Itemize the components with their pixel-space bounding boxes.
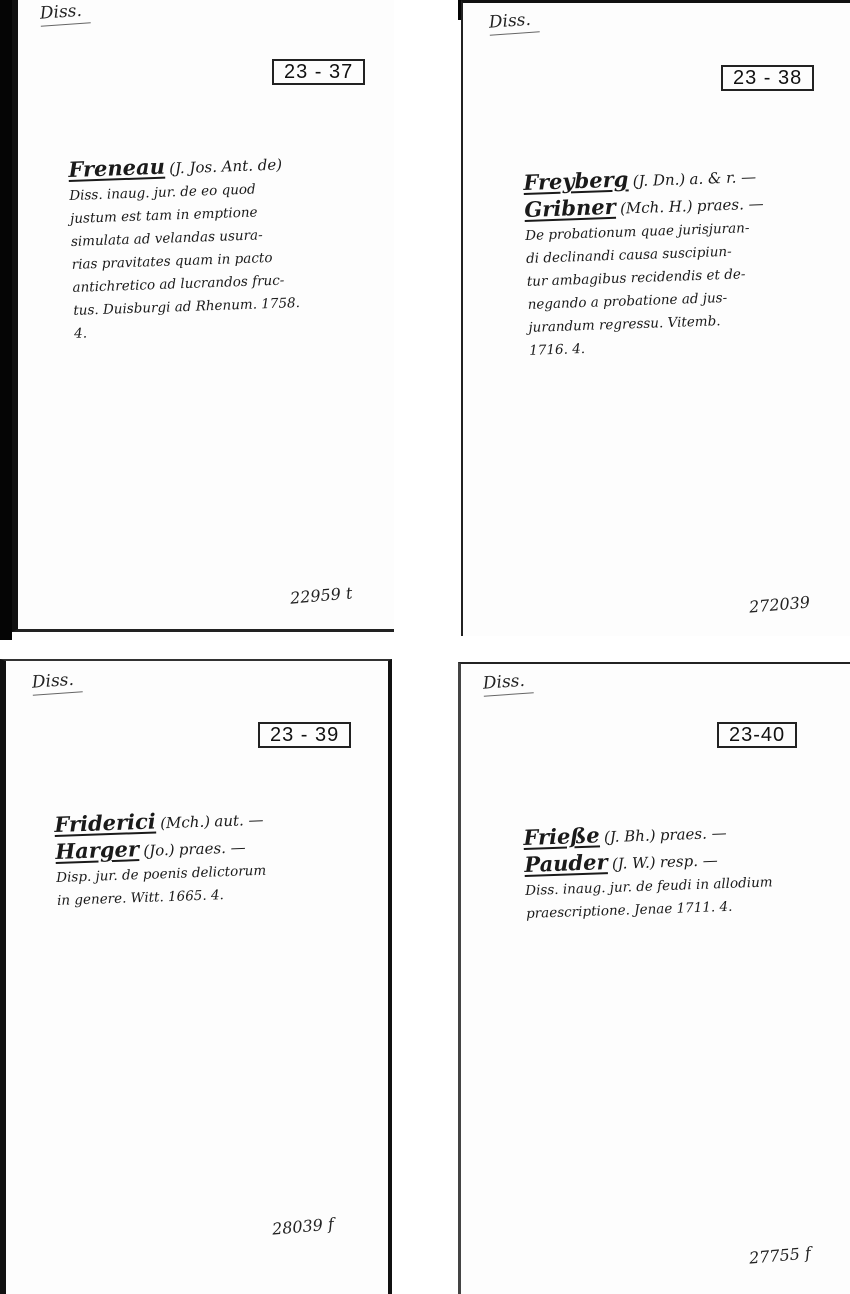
catalog-card-23-40: Diss. 23-40 Frieße (J. Bh.) praes. — Pau… <box>458 662 850 1294</box>
scan-background <box>0 0 12 640</box>
praeses-surname: Gribner <box>524 194 616 222</box>
respondent-role: resp. — <box>660 851 718 871</box>
praeses-surname: Frieße <box>523 822 600 850</box>
call-number: 23 - 38 <box>721 65 814 91</box>
respondent-given-names: (J. W.) <box>612 853 656 873</box>
card-entry: Frieße (J. Bh.) praes. — Pauder (J. W.) … <box>523 817 774 926</box>
catalog-card-23-39: Diss. 23 - 39 Friderici (Mch.) aut. — Ha… <box>0 659 392 1294</box>
accession-number: 22959 t <box>289 583 353 607</box>
catalog-card-23-38: Diss. 23 - 38 Freyberg (J. Dn.) a. & r. … <box>461 0 850 636</box>
praeses-given-names: (J. Bh.) <box>604 826 656 846</box>
author-surname: Freyberg <box>523 166 629 195</box>
praeses-surname: Harger <box>55 836 139 864</box>
card-label: Diss. <box>31 669 82 695</box>
author-role: a. & r. — <box>689 168 756 188</box>
card-label: Diss. <box>39 0 90 26</box>
praeses-role: praes. — <box>179 838 246 858</box>
catalog-card-23-37: Diss. 23 - 37 Freneau (J. Jos. Ant. de) … <box>12 0 394 632</box>
author-surname: Freneau <box>68 154 165 182</box>
call-number: 23 - 37 <box>272 59 365 85</box>
author-given-names: (Mch.) <box>160 813 211 833</box>
accession-number: 28039 f <box>271 1214 334 1238</box>
praeses-given-names: (Mch. H.) <box>620 197 693 218</box>
card-entry: Freneau (J. Jos. Ant. de) Diss. inaug. j… <box>68 150 301 346</box>
call-number: 23 - 39 <box>258 722 351 748</box>
respondent-surname: Pauder <box>524 849 608 877</box>
card-label: Diss. <box>488 9 539 35</box>
card-entry: Friderici (Mch.) aut. — Harger (Jo.) pra… <box>54 806 267 913</box>
author-role: aut. — <box>214 811 264 831</box>
card-label: Diss. <box>482 670 533 696</box>
author-given-names: (J. Jos. Ant. de) <box>169 156 282 178</box>
card-entry: Freyberg (J. Dn.) a. & r. — Gribner (Mch… <box>523 163 769 363</box>
praeses-given-names: (Jo.) <box>143 841 175 860</box>
author-given-names: (J. Dn.) <box>632 170 685 190</box>
call-number: 23-40 <box>717 722 797 748</box>
author-surname: Friderici <box>54 808 156 837</box>
accession-number: 272039 <box>748 592 811 616</box>
praeses-role: praes. — <box>659 824 726 844</box>
praeses-role: praes. — <box>696 195 763 215</box>
accession-number: 27755 f <box>748 1243 811 1267</box>
